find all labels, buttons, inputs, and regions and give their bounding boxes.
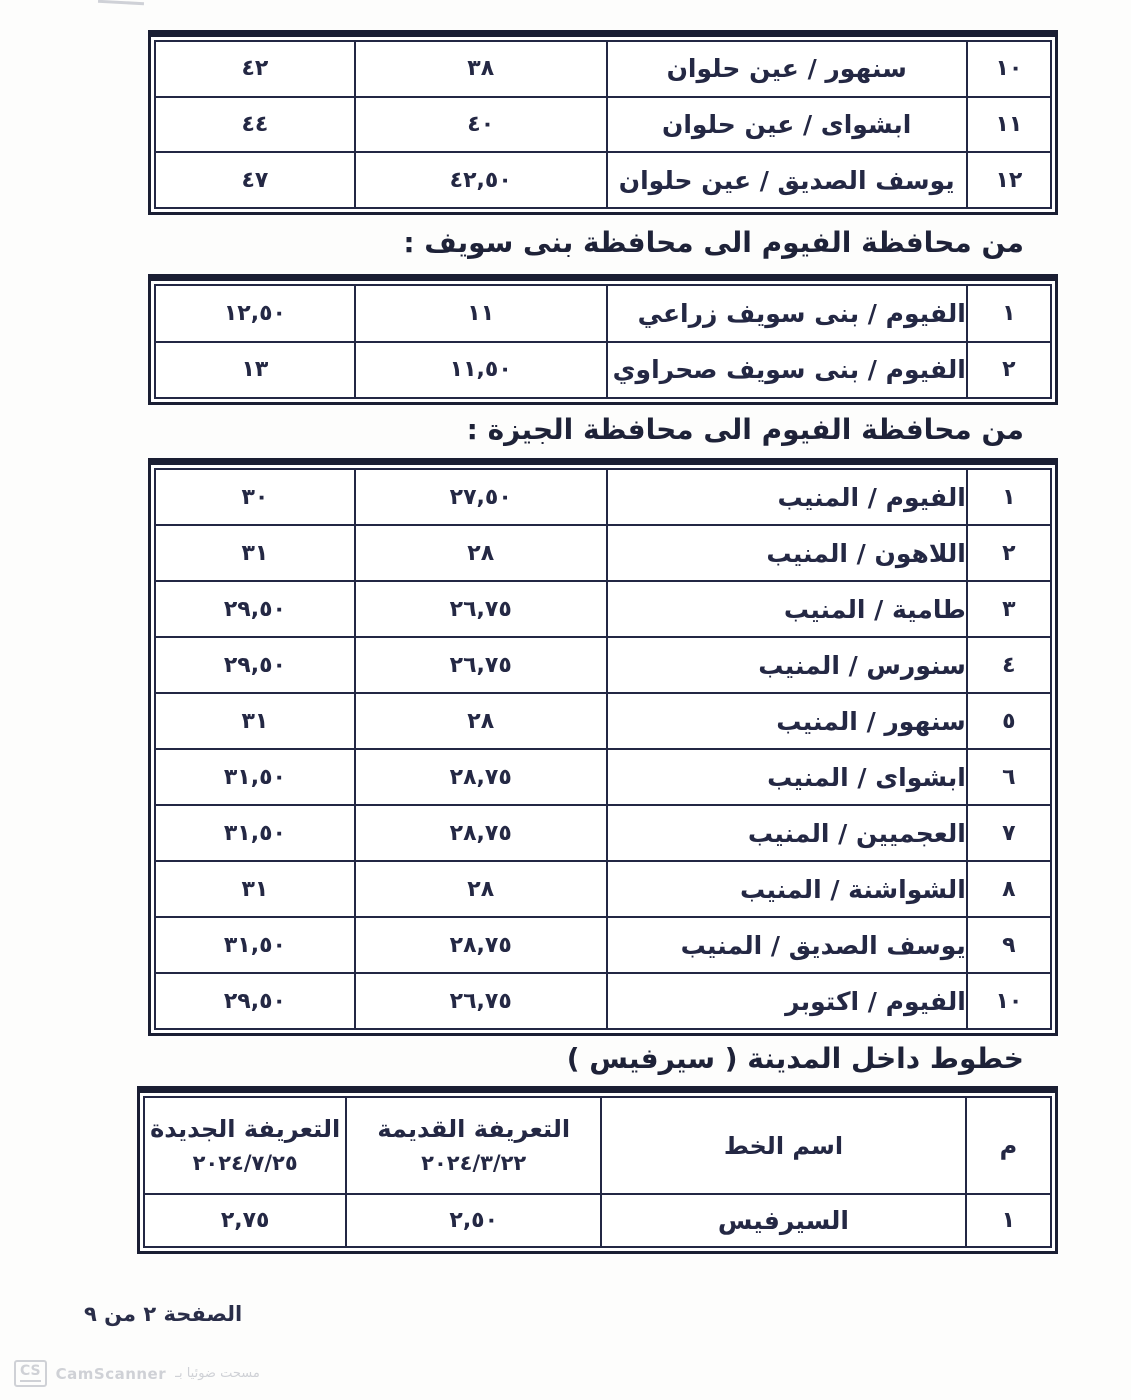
header-line-name: اسم الخط xyxy=(601,1097,966,1194)
table-row: ١ السيرفيس ٢,٥٠ ٢,٧٥ xyxy=(144,1194,1051,1247)
fare-table-giza: ١ الفيوم / المنيب ٢٧,٥٠ ٣٠ ٢ اللاهون / ا… xyxy=(148,458,1058,1036)
table-row: ١٢ يوسف الصديق / عين حلوان ٤٢,٥٠ ٤٧ xyxy=(155,152,1051,208)
table-row: ٣ طامية / المنيب ٢٦,٧٥ ٢٩,٥٠ xyxy=(155,581,1051,637)
table-row: ٢ الفيوم / بنى سويف صحراوي ١١,٥٠ ١٣ xyxy=(155,342,1051,399)
service-fare-table: م اسم الخط التعريفة القديمة ٢٠٢٤/٣/٢٢ ال… xyxy=(137,1086,1058,1254)
camscanner-note-text: مسحت ضوئيا بـ xyxy=(175,1366,260,1381)
route-name: ابشواى / المنيب xyxy=(607,749,967,805)
row-number: ٤ xyxy=(967,637,1051,693)
old-fare-value: ٢٦,٧٥ xyxy=(355,581,607,637)
old-fare-value: ١١,٥٠ xyxy=(355,342,607,399)
route-name: سنورس / المنيب xyxy=(607,637,967,693)
new-fare-value: ٣١ xyxy=(155,693,355,749)
scan-artifact-mark xyxy=(98,0,144,5)
route-name: يوسف الصديق / عين حلوان xyxy=(607,152,967,208)
table-row: ٦ ابشواى / المنيب ٢٨,٧٥ ٣١,٥٠ xyxy=(155,749,1051,805)
row-number: ١٠ xyxy=(967,973,1051,1029)
row-number: ٢ xyxy=(967,342,1051,399)
row-number: ٣ xyxy=(967,581,1051,637)
route-name: يوسف الصديق / المنيب xyxy=(607,917,967,973)
old-fare-value: ٣٨ xyxy=(355,41,607,97)
new-fare-value: ٣١ xyxy=(155,525,355,581)
new-fare-value: ١٢,٥٠ xyxy=(155,285,355,342)
table-row: ٢ اللاهون / المنيب ٢٨ ٣١ xyxy=(155,525,1051,581)
fare-table-beni-suef: ١ الفيوم / بنى سويف زراعي ١١ ١٢,٥٠ ٢ الف… xyxy=(148,274,1058,405)
header-old-tariff-label: التعريفة القديمة xyxy=(347,1116,600,1144)
header-old-tariff: التعريفة القديمة ٢٠٢٤/٣/٢٢ xyxy=(346,1097,601,1194)
new-fare-value: ٤٧ xyxy=(155,152,355,208)
table-row: ٥ سنهور / المنيب ٢٨ ٣١ xyxy=(155,693,1051,749)
old-fare-value: ٢٨,٧٥ xyxy=(355,749,607,805)
row-number: ١ xyxy=(967,469,1051,525)
row-number: ١ xyxy=(966,1194,1051,1247)
new-fare-value: ٣١,٥٠ xyxy=(155,805,355,861)
old-fare-value: ٢٨ xyxy=(355,693,607,749)
new-fare-value: ٢٩,٥٠ xyxy=(155,973,355,1029)
new-fare-value: ٤٢ xyxy=(155,41,355,97)
header-new-tariff: التعريفة الجديدة ٢٠٢٤/٧/٢٥ xyxy=(144,1097,346,1194)
new-fare-value: ٣٠ xyxy=(155,469,355,525)
new-fare-value: ٣١ xyxy=(155,861,355,917)
old-fare-value: ٢٧,٥٠ xyxy=(355,469,607,525)
route-name: اللاهون / المنيب xyxy=(607,525,967,581)
camscanner-brand-text: CamScanner xyxy=(56,1365,167,1383)
row-number: ١ xyxy=(967,285,1051,342)
route-name: سنهور / المنيب xyxy=(607,693,967,749)
old-fare-value: ٢٨,٧٥ xyxy=(355,805,607,861)
route-name: ابشواى / عين حلوان xyxy=(607,97,967,153)
old-fare-value: ٢٨ xyxy=(355,861,607,917)
page-number: الصفحة ٢ من ٩ xyxy=(84,1302,242,1326)
row-number: ٨ xyxy=(967,861,1051,917)
section-heading-city-lines: خطوط داخل المدينة ( سيرفيس ) xyxy=(567,1042,1024,1075)
row-number: ٢ xyxy=(967,525,1051,581)
header-new-tariff-date: ٢٠٢٤/٧/٢٥ xyxy=(145,1151,345,1175)
old-fare-value: ٢,٥٠ xyxy=(346,1194,601,1247)
header-new-tariff-label: التعريفة الجديدة xyxy=(145,1116,345,1144)
section-heading-beni-suef: من محافظة الفيوم الى محافظة بنى سويف : xyxy=(403,226,1024,259)
new-fare-value: ٢,٧٥ xyxy=(144,1194,346,1247)
table-row: ٧ العجميين / المنيب ٢٨,٧٥ ٣١,٥٠ xyxy=(155,805,1051,861)
table-row: ١١ ابشواى / عين حلوان ٤٠ ٤٤ xyxy=(155,97,1051,153)
table-row: ٨ الشواشنة / المنيب ٢٨ ٣١ xyxy=(155,861,1051,917)
route-name: سنهور / عين حلوان xyxy=(607,41,967,97)
new-fare-value: ٢٩,٥٠ xyxy=(155,637,355,693)
row-number: ١٠ xyxy=(967,41,1051,97)
route-name: السيرفيس xyxy=(601,1194,966,1247)
table-row: ١٠ الفيوم / اكتوبر ٢٦,٧٥ ٢٩,٥٠ xyxy=(155,973,1051,1029)
camscanner-watermark: CS CamScanner مسحت ضوئيا بـ xyxy=(14,1360,260,1387)
row-number: ٧ xyxy=(967,805,1051,861)
table-row: ١ الفيوم / المنيب ٢٧,٥٠ ٣٠ xyxy=(155,469,1051,525)
new-fare-value: ٣١,٥٠ xyxy=(155,749,355,805)
route-name: الفيوم / اكتوبر xyxy=(607,973,967,1029)
table-row: ١ الفيوم / بنى سويف زراعي ١١ ١٢,٥٠ xyxy=(155,285,1051,342)
row-number: ٥ xyxy=(967,693,1051,749)
route-name: الفيوم / بنى سويف زراعي xyxy=(607,285,967,342)
route-name: الفيوم / بنى سويف صحراوي xyxy=(607,342,967,399)
row-number: ٩ xyxy=(967,917,1051,973)
new-fare-value: ٢٩,٥٠ xyxy=(155,581,355,637)
old-fare-value: ٤٠ xyxy=(355,97,607,153)
row-number: ١١ xyxy=(967,97,1051,153)
old-fare-value: ١١ xyxy=(355,285,607,342)
route-name: العجميين / المنيب xyxy=(607,805,967,861)
new-fare-value: ١٣ xyxy=(155,342,355,399)
table-row: ٩ يوسف الصديق / المنيب ٢٨,٧٥ ٣١,٥٠ xyxy=(155,917,1051,973)
old-fare-value: ٢٦,٧٥ xyxy=(355,973,607,1029)
scanned-document-page: ١٠ سنهور / عين حلوان ٣٨ ٤٢ ١١ ابشواى / ع… xyxy=(0,0,1131,1400)
section-heading-giza: من محافظة الفيوم الى محافظة الجيزة : xyxy=(467,413,1024,446)
old-fare-value: ٢٨ xyxy=(355,525,607,581)
header-number: م xyxy=(966,1097,1051,1194)
old-fare-value: ٢٨,٧٥ xyxy=(355,917,607,973)
route-name: الفيوم / المنيب xyxy=(607,469,967,525)
table-row: ١٠ سنهور / عين حلوان ٣٨ ٤٢ xyxy=(155,41,1051,97)
route-name: الشواشنة / المنيب xyxy=(607,861,967,917)
row-number: ٦ xyxy=(967,749,1051,805)
route-name: طامية / المنيب xyxy=(607,581,967,637)
table-row: ٤ سنورس / المنيب ٢٦,٧٥ ٢٩,٥٠ xyxy=(155,637,1051,693)
old-fare-value: ٤٢,٥٠ xyxy=(355,152,607,208)
row-number: ١٢ xyxy=(967,152,1051,208)
table-header-row: م اسم الخط التعريفة القديمة ٢٠٢٤/٣/٢٢ ال… xyxy=(144,1097,1051,1194)
new-fare-value: ٤٤ xyxy=(155,97,355,153)
old-fare-value: ٢٦,٧٥ xyxy=(355,637,607,693)
fare-table-ein-helwan: ١٠ سنهور / عين حلوان ٣٨ ٤٢ ١١ ابشواى / ع… xyxy=(148,30,1058,215)
camscanner-logo-icon: CS xyxy=(14,1360,47,1387)
new-fare-value: ٣١,٥٠ xyxy=(155,917,355,973)
header-old-tariff-date: ٢٠٢٤/٣/٢٢ xyxy=(347,1151,600,1175)
